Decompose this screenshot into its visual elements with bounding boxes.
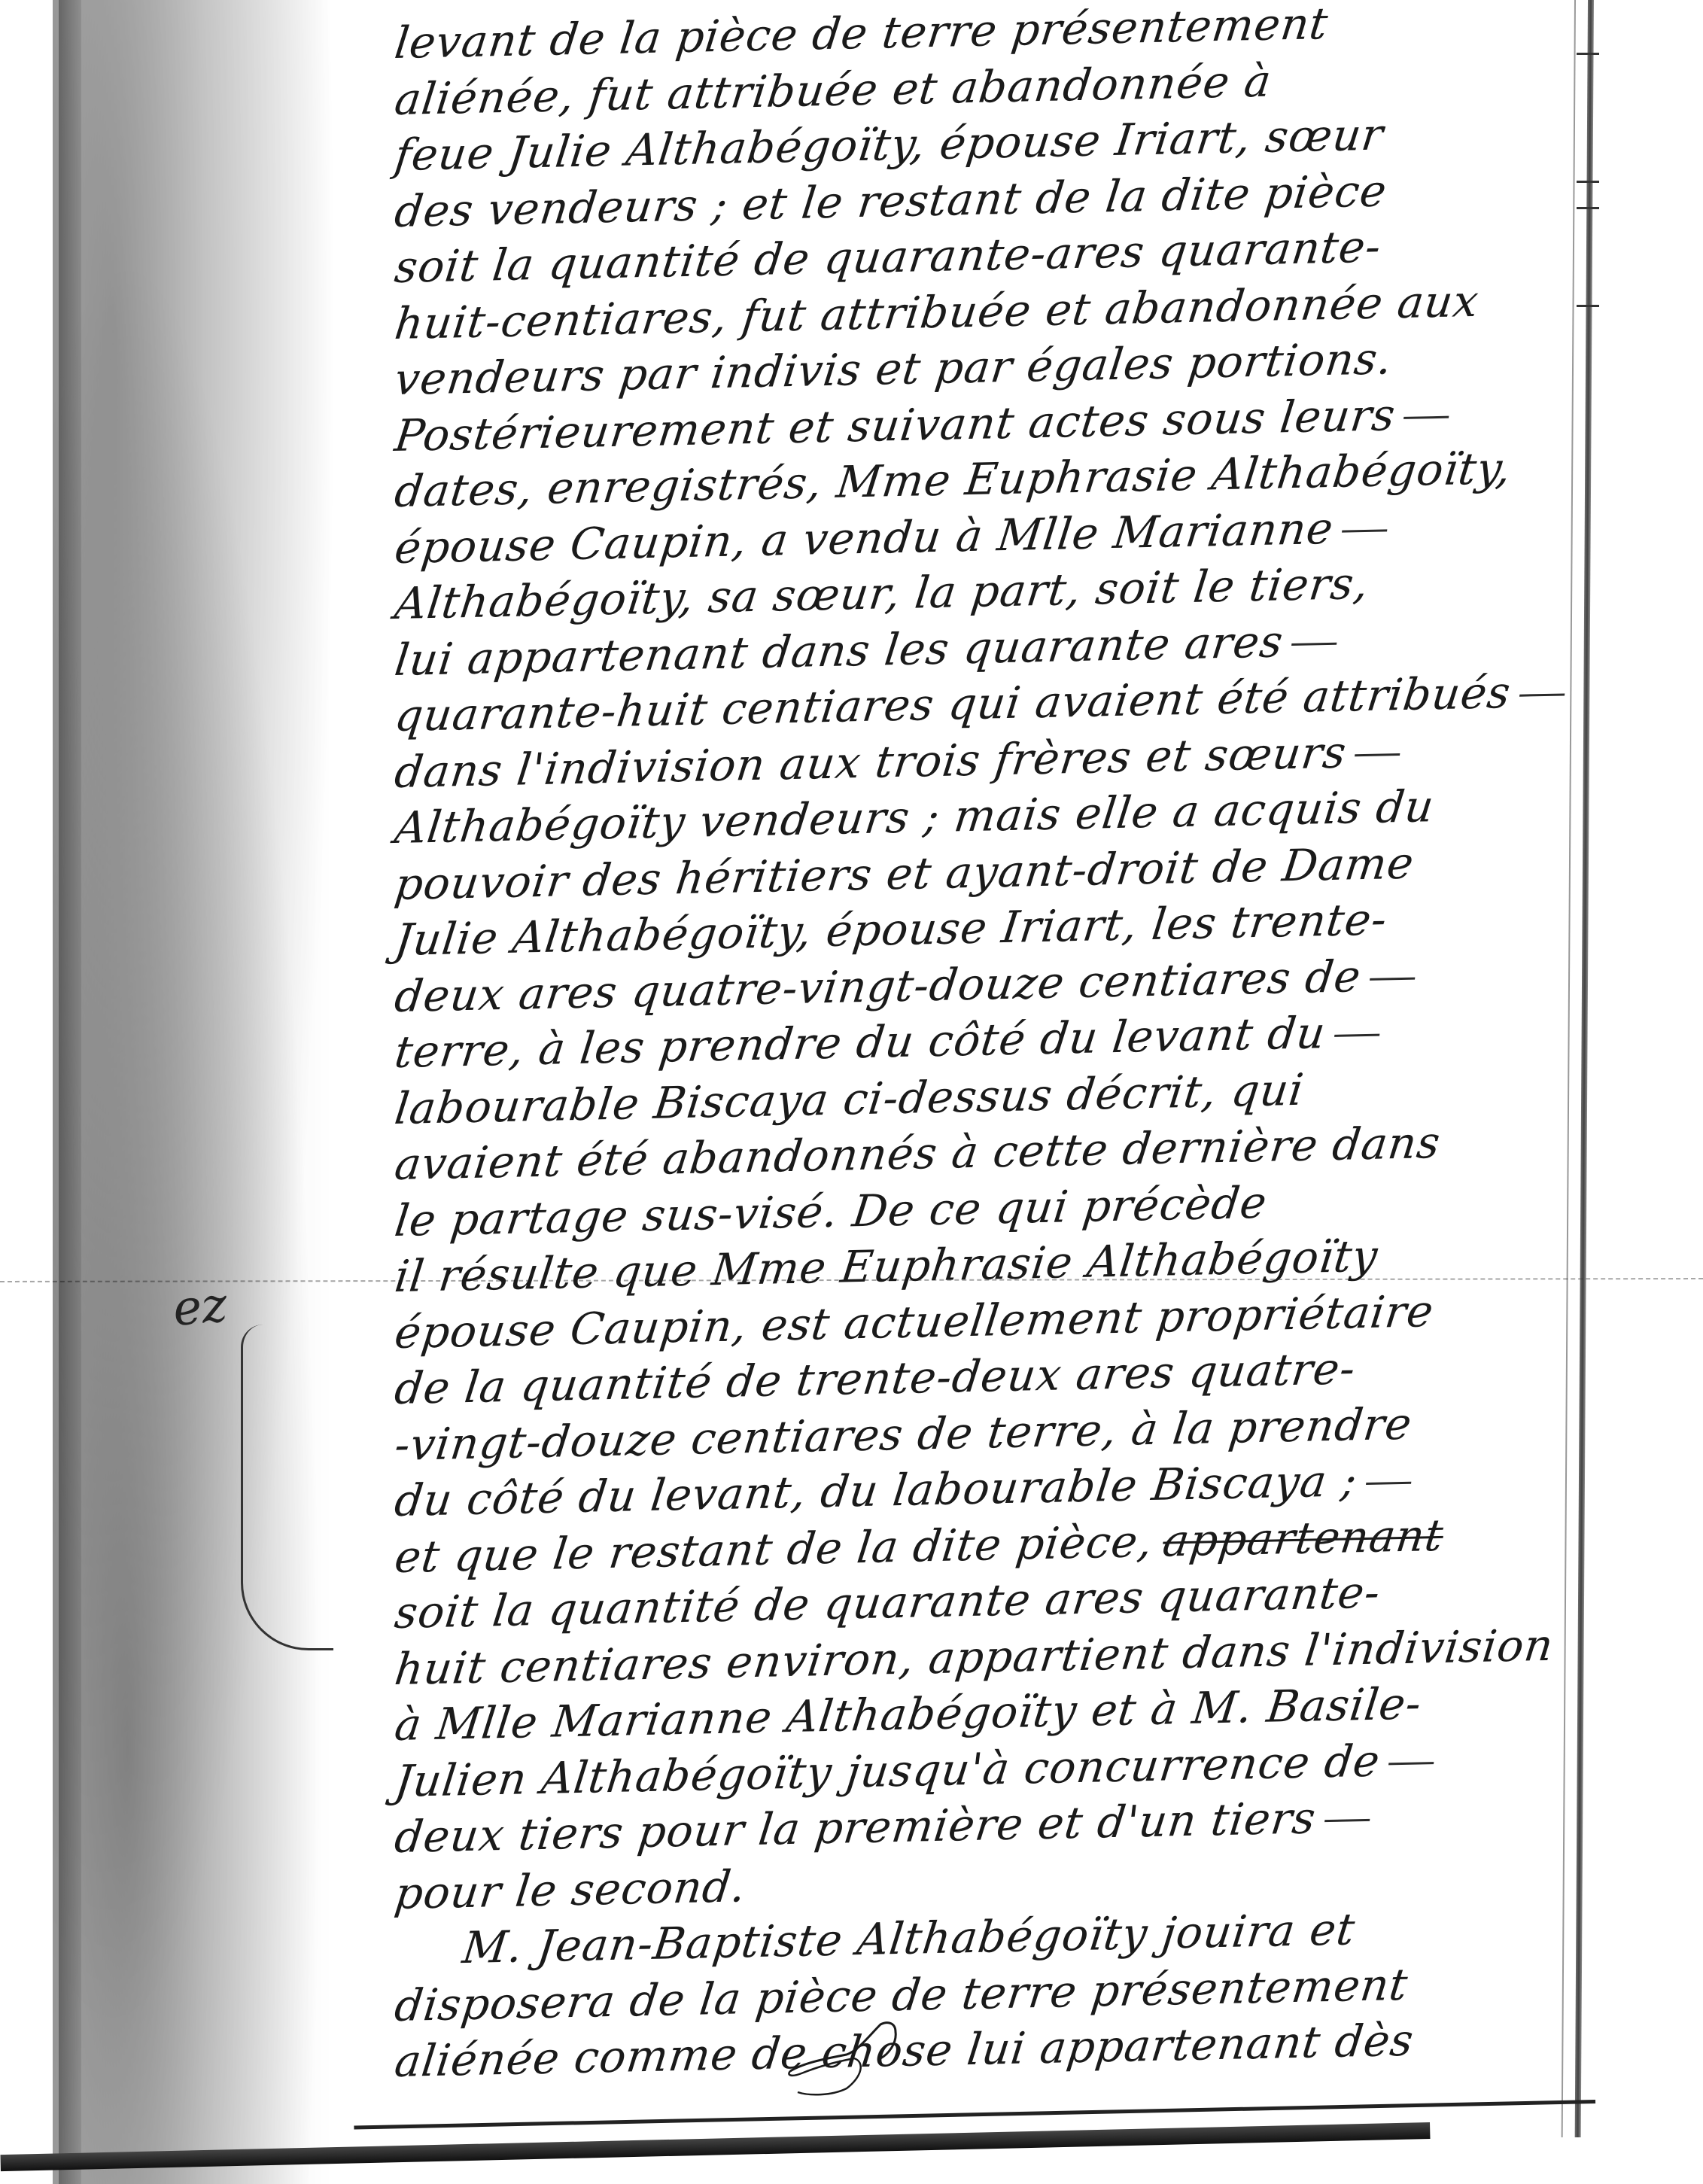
line-filler-dash <box>1370 978 1415 981</box>
edge-mark <box>1577 53 1599 55</box>
paraph-signature-icon <box>775 2017 926 2107</box>
line-filler-dash <box>1388 1762 1434 1765</box>
edge-mark <box>1577 207 1599 209</box>
line-filler-dash <box>1519 694 1565 697</box>
text-line-content: pour le second. <box>392 1860 749 1919</box>
line-filler-dash <box>1334 1034 1379 1037</box>
struck-word: appartenant <box>1160 1509 1446 1566</box>
binding-edge <box>59 0 81 2184</box>
line-filler-dash <box>1403 416 1449 419</box>
scanned-page: levant de la pièce de terre présentement… <box>0 0 1703 2184</box>
line-filler-dash <box>1291 643 1337 646</box>
edge-mark <box>1577 305 1599 307</box>
margin-annotation: ez <box>171 1277 230 1337</box>
binding-shadow <box>53 0 354 2184</box>
line-filler-dash <box>1355 753 1400 756</box>
line-filler-dash <box>1366 1482 1411 1485</box>
edge-mark <box>1577 181 1599 183</box>
line-filler-dash <box>1324 1819 1370 1822</box>
handwritten-text-block: levant de la pièce de terre présentement… <box>395 15 1614 2090</box>
line-filler-dash <box>1342 529 1387 532</box>
margin-bracket-mark <box>241 1325 333 1650</box>
